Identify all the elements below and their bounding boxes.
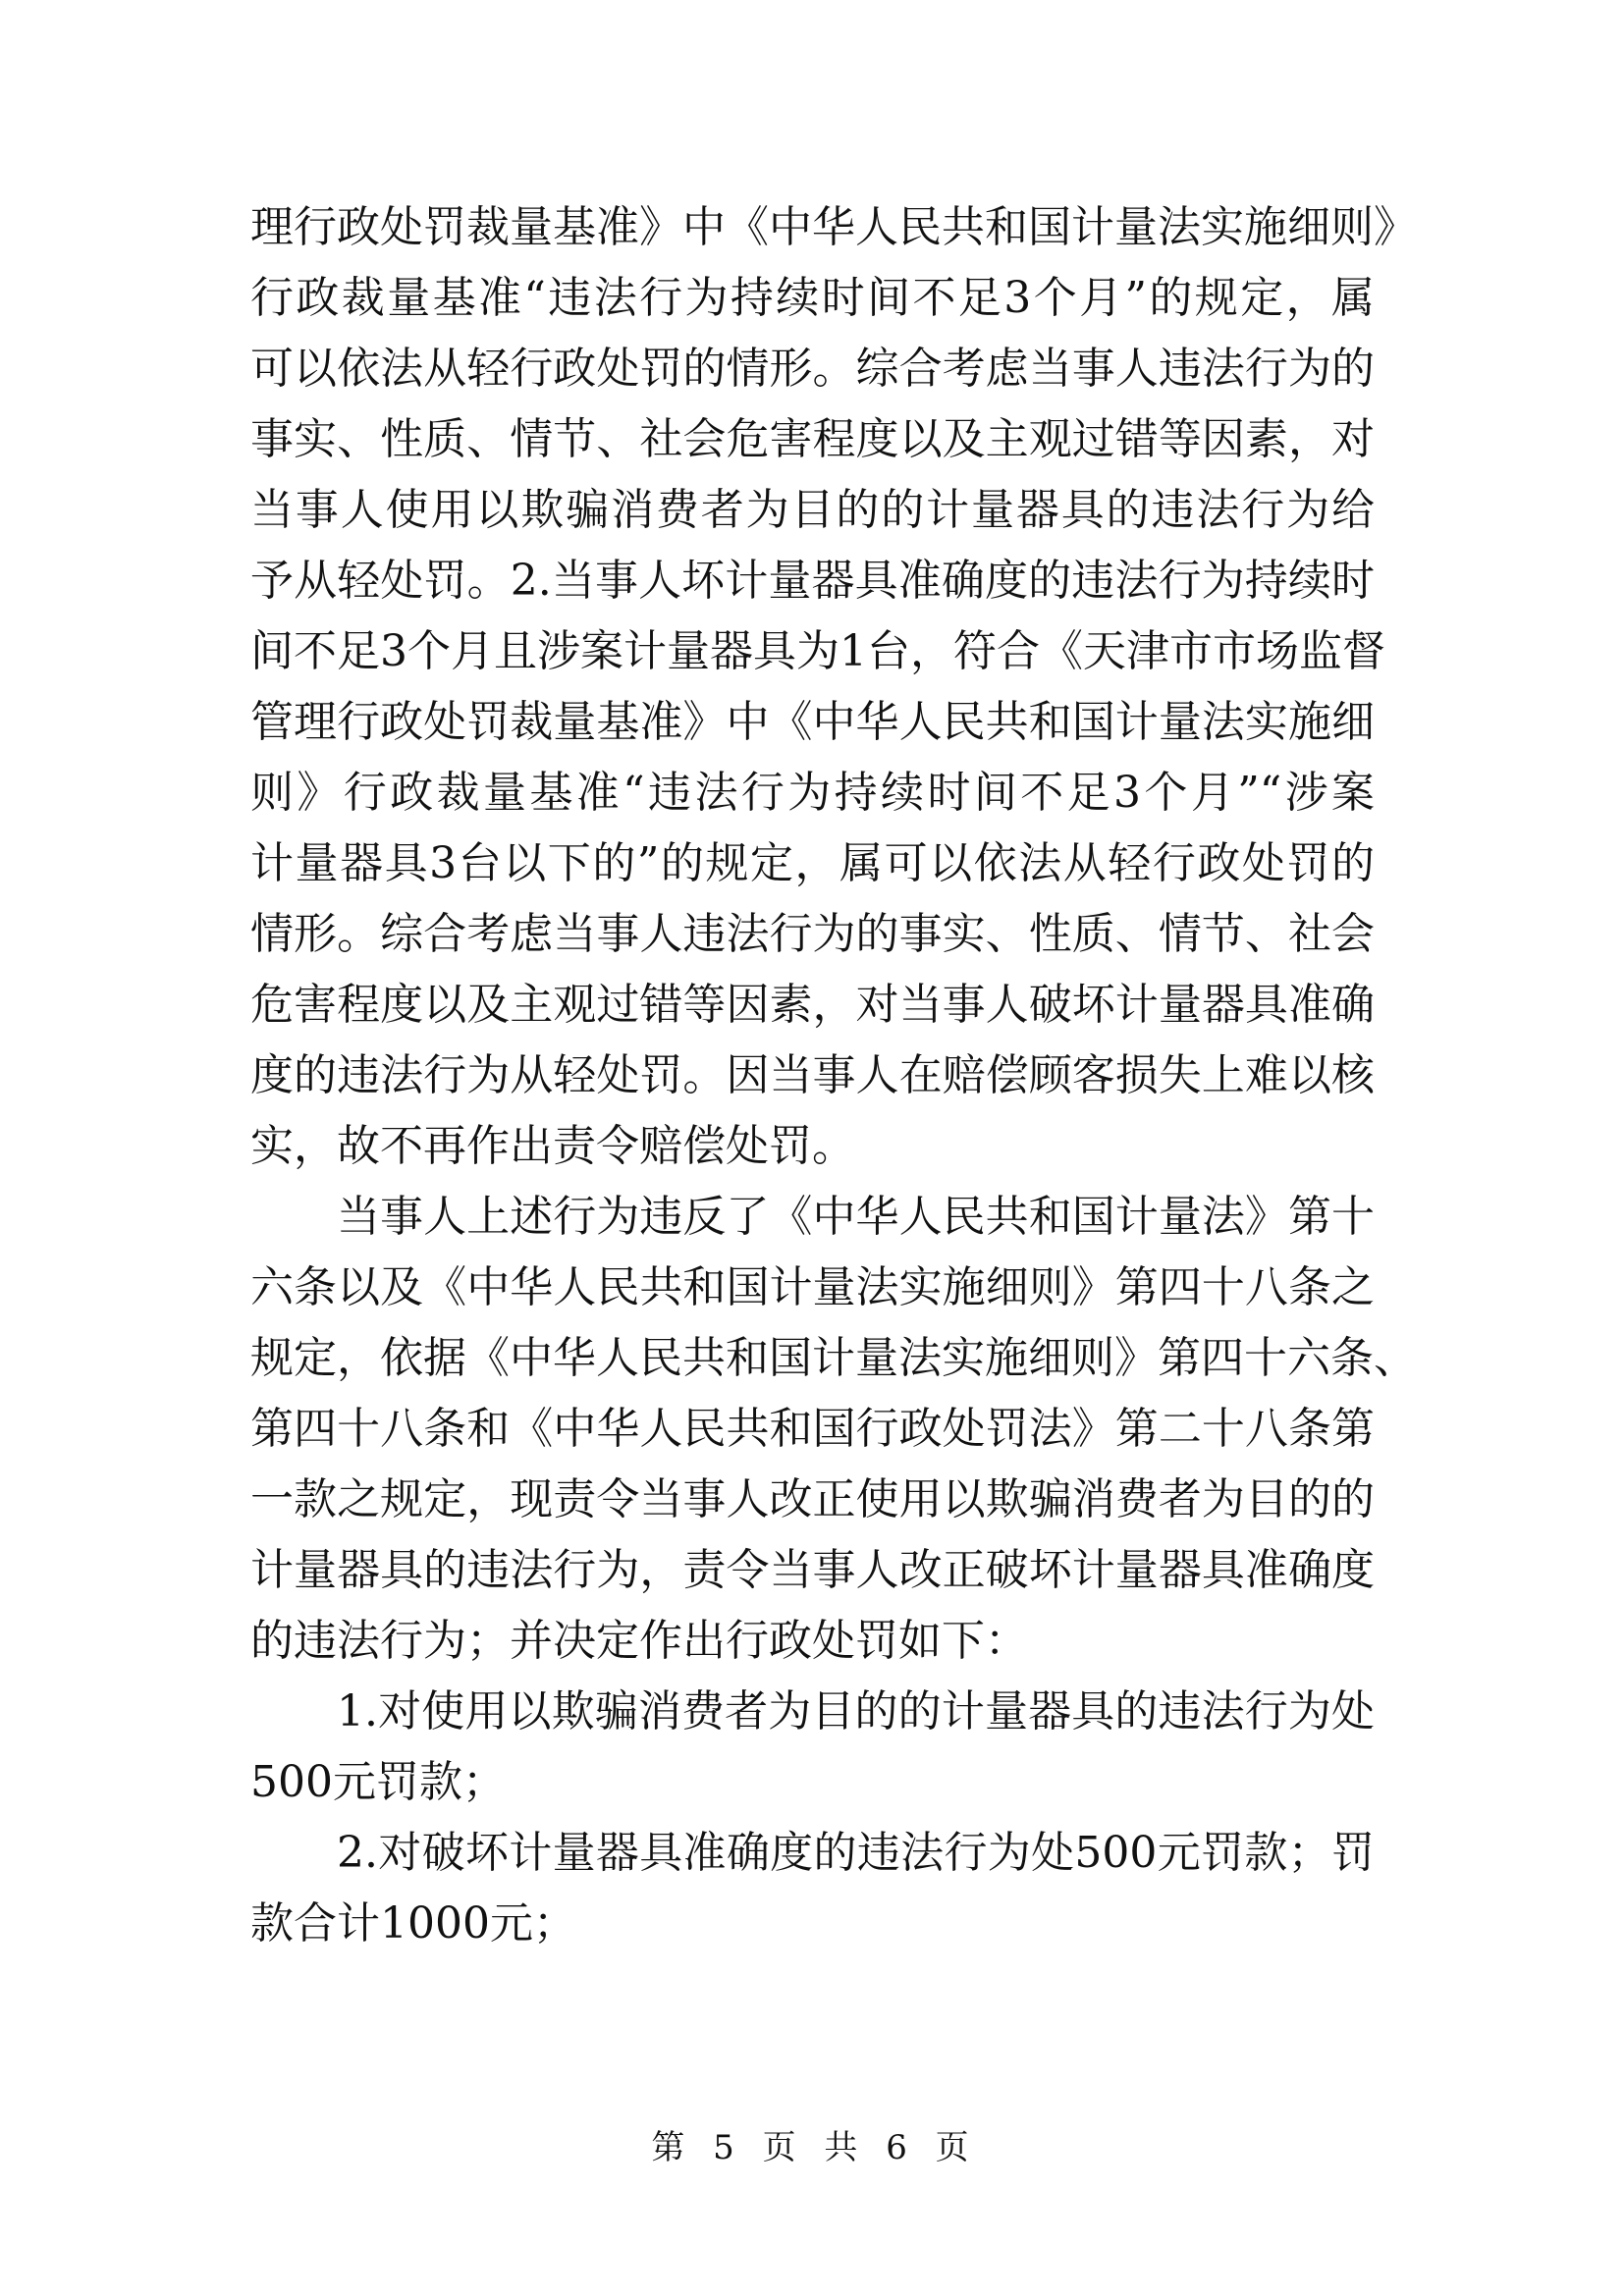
text-line: 第四十八条和《中华人民共和国行政处罚法》第二十八条第 xyxy=(250,1394,1375,1465)
text-line: 理行政处罚裁量基准》中《中华人民共和国计量法实施细则》 xyxy=(250,192,1375,263)
text-line: 六条以及《中华人民共和国计量法实施细则》第四十八条之 xyxy=(250,1253,1375,1323)
text-line: 管理行政处罚裁量基准》中《中华人民共和国计量法实施细 xyxy=(250,687,1375,758)
text-line: 当事人使用以欺骗消费者为目的的计量器具的违法行为给 xyxy=(250,475,1375,546)
text-line: 一款之规定，现责令当事人改正使用以欺骗消费者为目的的 xyxy=(250,1465,1375,1535)
paragraph-reasoning-continued: 理行政处罚裁量基准》中《中华人民共和国计量法实施细则》 行政裁量基准“违法行为持… xyxy=(250,192,1375,1182)
text-line: 的违法行为；并决定作出行政处罚如下： xyxy=(250,1606,1375,1677)
text-line: 1.对使用以欺骗消费者为目的的计量器具的违法行为处 xyxy=(250,1677,1375,1747)
text-line: 间不足3个月且涉案计量器具为1台，符合《天津市市场监督 xyxy=(250,616,1375,687)
page-number-footer: 第 5 页 共 6 页 xyxy=(0,2120,1624,2168)
text-line: 当事人上述行为违反了《中华人民共和国计量法》第十 xyxy=(250,1182,1375,1253)
text-line: 予从轻处罚。2.当事人坏计量器具准确度的违法行为持续时 xyxy=(250,546,1375,616)
text-line: 则》行政裁量基准“违法行为持续时间不足3个月”“涉案 xyxy=(250,758,1375,828)
text-line: 实，故不再作出责令赔偿处罚。 xyxy=(250,1111,1375,1182)
text-line: 行政裁量基准“违法行为持续时间不足3个月”的规定，属 xyxy=(250,263,1375,334)
document-body: 理行政处罚裁量基准》中《中华人民共和国计量法实施细则》 行政裁量基准“违法行为持… xyxy=(250,192,1375,1959)
penalty-item-1: 1.对使用以欺骗消费者为目的的计量器具的违法行为处 500元罚款； xyxy=(250,1677,1375,1818)
text-line: 情形。综合考虑当事人违法行为的事实、性质、情节、社会 xyxy=(250,899,1375,970)
text-line: 规定，依据《中华人民共和国计量法实施细则》第四十六条、 xyxy=(250,1323,1375,1394)
text-line: 计量器具3台以下的”的规定，属可以依法从轻行政处罚的 xyxy=(250,828,1375,899)
paragraph-violation-basis: 当事人上述行为违反了《中华人民共和国计量法》第十 六条以及《中华人民共和国计量法… xyxy=(250,1182,1375,1677)
text-line: 2.对破坏计量器具准确度的违法行为处500元罚款；罚 xyxy=(250,1818,1375,1889)
text-line: 度的违法行为从轻处罚。因当事人在赔偿顾客损失上难以核 xyxy=(250,1041,1375,1111)
document-page: 理行政处罚裁量基准》中《中华人民共和国计量法实施细则》 行政裁量基准“违法行为持… xyxy=(0,0,1624,2296)
text-line: 危害程度以及主观过错等因素，对当事人破坏计量器具准确 xyxy=(250,970,1375,1041)
penalty-item-2: 2.对破坏计量器具准确度的违法行为处500元罚款；罚 款合计1000元； xyxy=(250,1818,1375,1959)
text-line: 计量器具的违法行为，责令当事人改正破坏计量器具准确度 xyxy=(250,1535,1375,1606)
text-line: 500元罚款； xyxy=(250,1747,1375,1818)
text-line: 款合计1000元； xyxy=(250,1889,1375,1959)
text-line: 事实、性质、情节、社会危害程度以及主观过错等因素，对 xyxy=(250,404,1375,475)
text-line: 可以依法从轻行政处罚的情形。综合考虑当事人违法行为的 xyxy=(250,334,1375,404)
